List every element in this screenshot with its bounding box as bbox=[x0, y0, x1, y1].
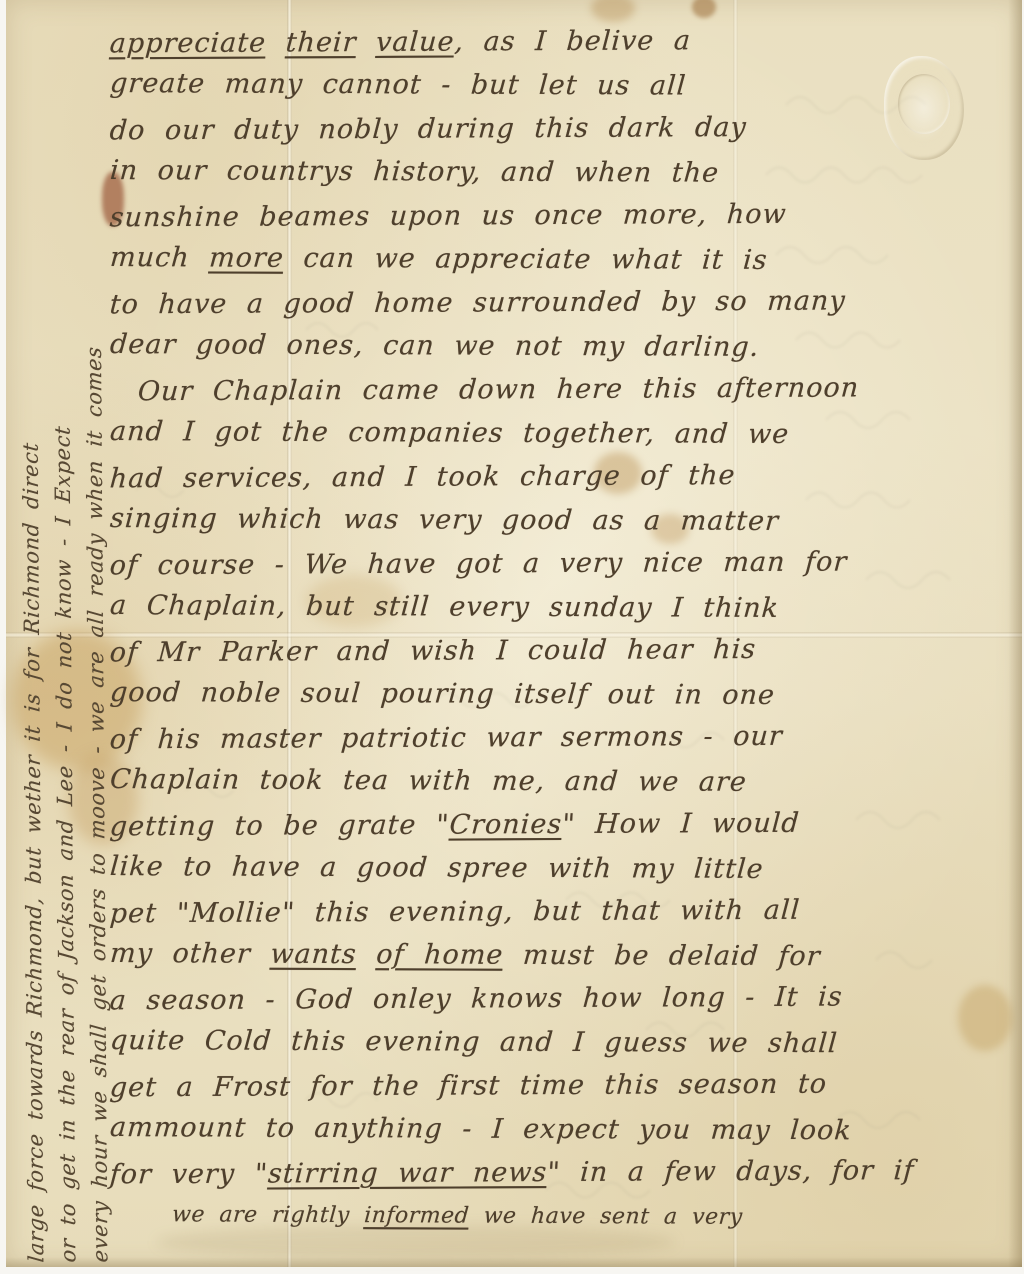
letter-line: greate many cannot - but let us all bbox=[109, 62, 1012, 109]
letter-line: good noble soul pouring itself out in on… bbox=[109, 671, 1012, 718]
letter-line: appreciate their value, as I belive a bbox=[108, 18, 1011, 66]
stain bbox=[692, 0, 716, 18]
letter-line: Chaplain took tea with me, and we are bbox=[109, 758, 1012, 805]
letter-line: of Mr Parker and wish I could hear his bbox=[108, 627, 1011, 675]
letter-line: we are rightly informed we have sent a v… bbox=[109, 1193, 1012, 1240]
letter-line: much more can we appreciate what it is bbox=[109, 236, 1012, 283]
letter-line: for very "stirring war news" in a few da… bbox=[108, 1149, 1011, 1197]
margin-notes: large force towards Richmond, but wether… bbox=[16, 14, 112, 1262]
letter-line: do our duty nobly during this dark day bbox=[108, 105, 1011, 153]
letter-page: large force towards Richmond, but wether… bbox=[6, 0, 1022, 1267]
letter-line: get a Frost for the first time this seas… bbox=[108, 1062, 1011, 1110]
letter-line: of course - We have got a very nice man … bbox=[108, 540, 1011, 588]
letter-line: ammount to anything - I expect you may l… bbox=[109, 1106, 1012, 1153]
letter-line: like to have a good spree with my little bbox=[109, 845, 1012, 892]
letter-line: quite Cold this evening and I guess we s… bbox=[109, 1019, 1012, 1066]
letter-line: a season - God onley knows how long - It… bbox=[108, 975, 1011, 1023]
letter-line: to have a good home surrounded by so man… bbox=[108, 279, 1011, 327]
letter-line: pet "Mollie" this evening, but that with… bbox=[108, 888, 1011, 936]
letter-line: of his master patriotic war sermons - ou… bbox=[108, 714, 1011, 762]
letter-line: Our Chaplain came down here this afterno… bbox=[108, 366, 1011, 414]
letter-line: had services, and I took charge of the bbox=[108, 453, 1011, 501]
page-edge-shadow-bottom bbox=[6, 1257, 1022, 1267]
letter-line: singing which was very good as a matter bbox=[109, 497, 1012, 544]
page-edge-shadow-right bbox=[1008, 0, 1022, 1267]
letter-line: dear good ones, can we not my darling. bbox=[109, 323, 1012, 370]
letter-line: sunshine beames upon us once more, how bbox=[108, 192, 1011, 240]
letter-line: and I got the companies together, and we bbox=[109, 410, 1012, 457]
letter-line: a Chaplain, but still every sunday I thi… bbox=[109, 584, 1012, 631]
letter-line: my other wants of home must be delaid fo… bbox=[109, 932, 1012, 979]
letter-body: appreciate their value, as I belive a gr… bbox=[110, 20, 1010, 1238]
letter-line: getting to be grate "Cronies" How I woul… bbox=[108, 801, 1011, 849]
letter-line: in our countrys history, and when the bbox=[109, 149, 1012, 196]
